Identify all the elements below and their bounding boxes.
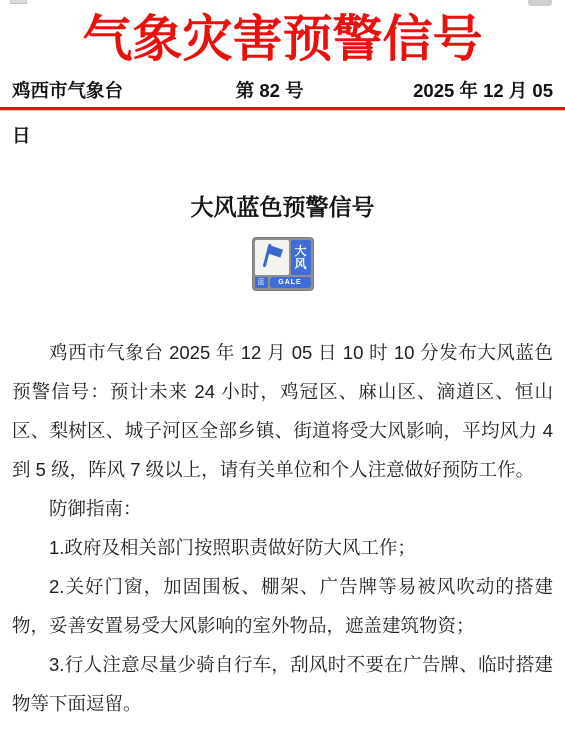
- warning-icon-main: 大 风: [255, 240, 311, 275]
- warning-body-text: 鸡西市气象台 2025 年 12 月 05 日 10 时 10 分发布大风蓝色预…: [12, 333, 553, 723]
- warning-type-panel: 大 风: [291, 240, 311, 275]
- top-right-clipped-artifact: [528, 0, 552, 6]
- warning-gale-badge: GALE: [270, 277, 311, 288]
- body-paragraph: 1.政府及相关部门按照职责做好防大风工作；: [12, 528, 553, 567]
- warning-type-char-bottom: 风: [294, 258, 306, 271]
- document-header-row: 鸡西市气象台 第 82 号 2025 年 12 月 05: [12, 80, 553, 102]
- body-paragraph: 防御指南：: [12, 489, 553, 528]
- body-paragraph: 鸡西市气象台 2025 年 12 月 05 日 10 时 10 分发布大风蓝色预…: [12, 333, 553, 489]
- issuer-name: 鸡西市气象台: [12, 80, 184, 102]
- body-paragraph: 2.关好门窗，加固围板、棚架、广告牌等易被风吹动的搭建物，妥善安置易受大风影响的…: [12, 567, 553, 645]
- body-paragraph: 3.行人注意尽量少骑自行车，刮风时不要在广告牌、临时搭建物等下面逗留。: [12, 645, 553, 723]
- red-divider-rule: [0, 107, 565, 110]
- issue-date: 2025 年 12 月 05: [356, 80, 554, 102]
- gale-blue-warning-icon: 大 风 蓝 GALE: [252, 237, 314, 291]
- warning-type-char-top: 大: [294, 245, 306, 258]
- warning-icon-bottom: 蓝 GALE: [255, 277, 311, 288]
- page-title: 气象灾害预警信号: [12, 10, 553, 68]
- document-number: 第 82 号: [184, 80, 356, 102]
- top-left-clipped-artifact: [10, 0, 27, 4]
- issue-date-overflow: 日: [12, 125, 553, 147]
- blue-flag-icon: [257, 239, 287, 276]
- warning-level-badge: 蓝: [255, 277, 268, 288]
- flag-panel: [255, 240, 289, 275]
- warning-subtitle: 大风蓝色预警信号: [12, 189, 553, 222]
